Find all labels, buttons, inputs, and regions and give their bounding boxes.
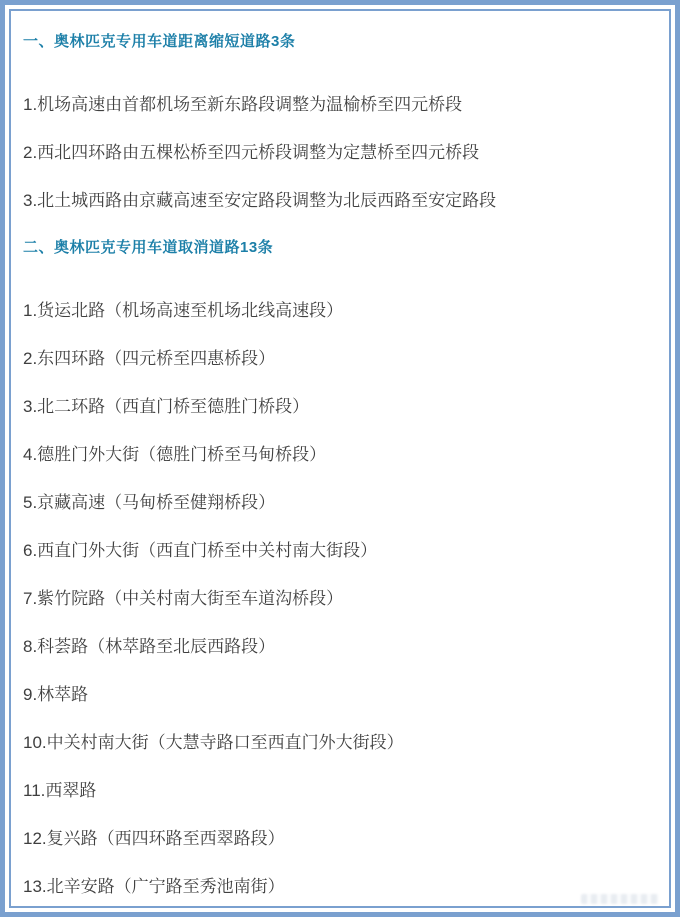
- content: 一、奥林匹克专用车道距离缩短道路3条1.机场高速由首都机场至新东路段调整为温榆桥…: [23, 31, 655, 899]
- list-item: 13.北辛安路（广宁路至秀池南街）: [23, 875, 655, 899]
- list-item: 2.西北四环路由五棵松桥至四元桥段调整为定慧桥至四元桥段: [23, 141, 655, 165]
- document-frame: 一、奥林匹克专用车道距离缩短道路3条1.机场高速由首都机场至新东路段调整为温榆桥…: [0, 0, 680, 917]
- list-item: 6.西直门外大街（西直门桥至中关村南大街段）: [23, 539, 655, 563]
- list-item: 1.货运北路（机场高速至机场北线高速段）: [23, 299, 655, 323]
- list-item: 9.林萃路: [23, 683, 655, 707]
- list-item: 4.德胜门外大街（德胜门桥至马甸桥段）: [23, 443, 655, 467]
- list-item: 5.京藏高速（马甸桥至健翔桥段）: [23, 491, 655, 515]
- list-item: 11.西翠路: [23, 779, 655, 803]
- list-item: 1.机场高速由首都机场至新东路段调整为温榆桥至四元桥段: [23, 93, 655, 117]
- section-title: 一、奥林匹克专用车道距离缩短道路3条: [23, 31, 655, 53]
- list-item: 2.东四环路（四元桥至四惠桥段）: [23, 347, 655, 371]
- list-item: 3.北二环路（西直门桥至德胜门桥段）: [23, 395, 655, 419]
- document-inner-border: 一、奥林匹克专用车道距离缩短道路3条1.机场高速由首都机场至新东路段调整为温榆桥…: [9, 9, 671, 908]
- list-item: 7.紫竹院路（中关村南大街至车道沟桥段）: [23, 587, 655, 611]
- list-item: 8.科荟路（林萃路至北辰西路段）: [23, 635, 655, 659]
- list-item: 3.北土城西路由京藏高速至安定路段调整为北辰西路至安定路段: [23, 189, 655, 213]
- section-title: 二、奥林匹克专用车道取消道路13条: [23, 237, 655, 259]
- list-item: 12.复兴路（西四环路至西翠路段）: [23, 827, 655, 851]
- list-item: 10.中关村南大街（大慧寺路口至西直门外大街段）: [23, 731, 655, 755]
